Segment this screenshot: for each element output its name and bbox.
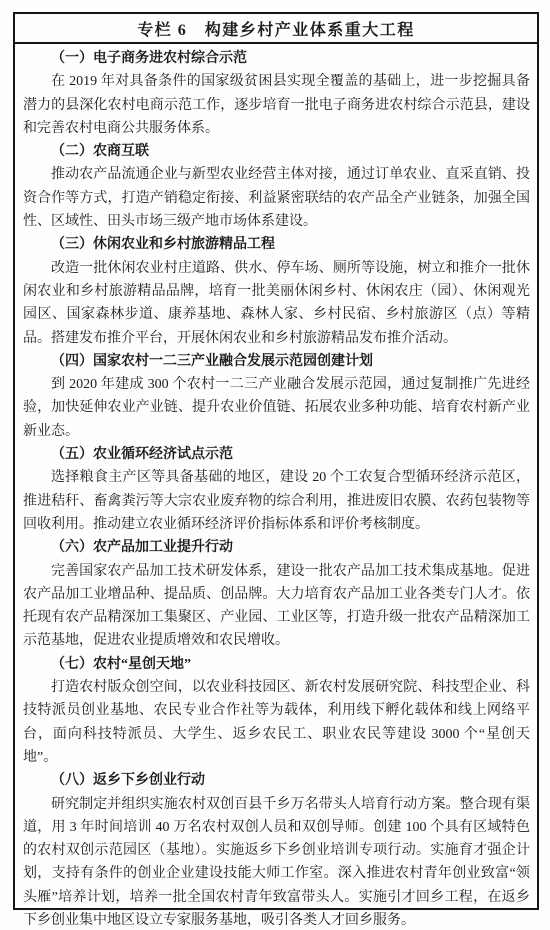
section-heading: （八）返乡下乡创业行动 xyxy=(23,769,530,792)
section: （三）休闲农业和乡村旅游精品工程 改造一批休闲农业村庄道路、供水、停车场、厕所等… xyxy=(23,233,530,349)
section-paragraph: 到 2020 年建成 300 个农村一二三产业融合发展示范园，通过复制推广先进经… xyxy=(23,373,530,443)
section-heading: （六）农产品加工业提升行动 xyxy=(23,536,530,559)
panel-body: （一）电子商务进农村综合示范 在 2019 年对具备条件的国家级贫困县实现全覆盖… xyxy=(15,44,537,930)
section: （四）国家农村一二三产业融合发展示范园创建计划 到 2020 年建成 300 个… xyxy=(23,350,530,443)
section: （一）电子商务进农村综合示范 在 2019 年对具备条件的国家级贫困县实现全覆盖… xyxy=(23,47,530,140)
panel-title: 专栏 6 构建乡村产业体系重大工程 xyxy=(15,14,537,44)
section-paragraph: 推动农产品流通企业与新型农业经营主体对接，通过订单农业、直采直销、投资合作等方式… xyxy=(23,163,530,233)
section-heading: （七）农村“星创天地” xyxy=(23,653,530,676)
section-paragraph: 在 2019 年对具备条件的国家级贫困县实现全覆盖的基础上，进一步挖掘具备潜力的… xyxy=(23,70,530,140)
document-page: 专栏 6 构建乡村产业体系重大工程 （一）电子商务进农村综合示范 在 2019 … xyxy=(0,0,550,930)
section-paragraph: 改造一批休闲农业村庄道路、供水、停车场、厕所等设施，树立和推介一批休闲农业和乡村… xyxy=(23,257,530,350)
section: （二）农商互联 推动农产品流通企业与新型农业经营主体对接，通过订单农业、直采直销… xyxy=(23,140,530,233)
section: （六）农产品加工业提升行动 完善国家农产品加工技术研发体系，建设一批农产品加工技… xyxy=(23,536,530,652)
section-heading: （四）国家农村一二三产业融合发展示范园创建计划 xyxy=(23,350,530,373)
section: （五）农业循环经济试点示范 选择粮食主产区等具备基础的地区，建设 20 个工农复… xyxy=(23,443,530,536)
section-heading: （一）电子商务进农村综合示范 xyxy=(23,47,530,70)
boxed-column-panel: 专栏 6 构建乡村产业体系重大工程 （一）电子商务进农村综合示范 在 2019 … xyxy=(13,12,539,910)
section-paragraph: 打造农村版众创空间，以农业科技园区、新农村发展研究院、科技型企业、科技特派员创业… xyxy=(23,676,530,769)
section-paragraph: 研究制定并组织实施农村双创百县千乡万名带头人培育行动方案。整合现有渠道，用 3 … xyxy=(23,793,530,930)
section-paragraph: 选择粮食主产区等具备基础的地区，建设 20 个工农复合型循环经济示范区，推进秸秆… xyxy=(23,466,530,536)
section-heading: （二）农商互联 xyxy=(23,140,530,163)
section: （七）农村“星创天地” 打造农村版众创空间，以农业科技园区、新农村发展研究院、科… xyxy=(23,653,530,769)
section-heading: （三）休闲农业和乡村旅游精品工程 xyxy=(23,233,530,256)
section-heading: （五）农业循环经济试点示范 xyxy=(23,443,530,466)
section: （八）返乡下乡创业行动 研究制定并组织实施农村双创百县千乡万名带头人培育行动方案… xyxy=(23,769,530,930)
section-paragraph: 完善国家农产品加工技术研发体系，建设一批农产品加工技术集成基地。促进农产品加工业… xyxy=(23,560,530,653)
